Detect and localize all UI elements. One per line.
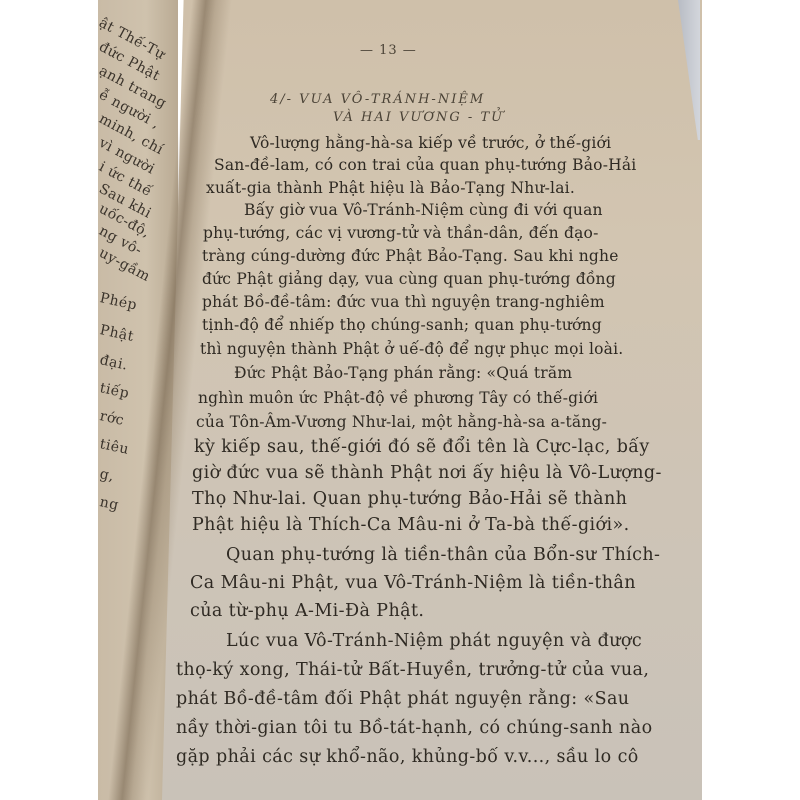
body-line: tịnh-độ để nhiếp thọ chúng-sanh; quan ph… — [202, 316, 602, 334]
body-line: xuất-gia thành Phật hiệu là Bảo-Tạng Như… — [206, 179, 575, 197]
body-line: Đức Phật Bảo-Tạng phán rằng: «Quá trăm — [234, 364, 572, 382]
left-page-text: Phật — [98, 322, 135, 345]
body-line: Vô-lượng hằng-hà-sa kiếp về trước, ở thế… — [250, 134, 611, 152]
left-page-text: tiếp — [98, 380, 130, 402]
body-line: của Tôn-Âm-Vương Như-lai, một hằng-hà-sa… — [196, 413, 607, 431]
body-line: thì nguyện thành Phật ở uế-độ để ngự phụ… — [200, 340, 623, 358]
body-line: kỳ kiếp sau, thế-giới đó sẽ đổi tên là C… — [194, 437, 650, 457]
body-line: tràng cúng-dường đức Phật Bảo-Tạng. Sau … — [202, 247, 619, 265]
body-line: của từ-phụ A-Mi-Đà Phật. — [190, 601, 424, 621]
left-page-text: ng — [98, 494, 120, 514]
page-number: — 13 — — [360, 43, 417, 58]
body-line: Ca Mâu-ni Phật, vua Vô-Tránh-Niệm là tiề… — [190, 573, 636, 593]
body-line: Bấy giờ vua Vô-Tránh-Niệm cùng đi với qu… — [244, 201, 603, 219]
body-line: nầy thời-gian tôi tu Bồ-tát-hạnh, có chú… — [176, 718, 653, 738]
chapter-heading-line-1: 4/- VUA VÔ-TRÁNH-NIỆM — [270, 92, 485, 107]
left-page-text: g, — [98, 466, 115, 485]
body-line: Quan phụ-tướng là tiền-thân của Bổn-sư T… — [226, 545, 660, 565]
body-line: giờ đức vua sẽ thành Phật nơi ấy hiệu là… — [192, 463, 662, 483]
body-line: phát Bồ-đề-tâm đối Phật phát nguyện rằng… — [176, 689, 629, 709]
body-line: San-đề-lam, có con trai của quan phụ-tướ… — [214, 156, 636, 174]
chapter-heading-line-2: VÀ HAI VƯƠNG - TỬ — [333, 110, 504, 125]
left-page-text: Phép — [98, 290, 138, 313]
body-line: nghìn muôn ức Phật-độ về phương Tây có t… — [198, 389, 598, 407]
body-line: phụ-tướng, các vị vương-tử và thần-dân, … — [203, 224, 599, 242]
left-page-text: rớc — [98, 408, 125, 429]
left-page-text: đại. — [98, 352, 129, 374]
body-line: thọ-ký xong, Thái-tử Bất-Huyền, trưởng-t… — [176, 660, 649, 680]
body-line: Phật hiệu là Thích-Ca Mâu-ni ở Ta-bà thế… — [192, 515, 630, 535]
body-line: đức Phật giảng dạy, vua cùng quan phụ-tư… — [202, 270, 616, 288]
body-line: phát Bồ-đề-tâm: đức vua thì nguyện trang… — [202, 293, 605, 311]
body-line: Thọ Như-lai. Quan phụ-tướng Bảo-Hải sẽ t… — [192, 489, 627, 509]
body-line: Lúc vua Vô-Tránh-Niệm phát nguyện và đượ… — [226, 631, 642, 651]
body-line: gặp phải các sự khổ-não, khủng-bố v.v...… — [176, 747, 639, 767]
left-page-text: tiêu — [98, 436, 130, 458]
